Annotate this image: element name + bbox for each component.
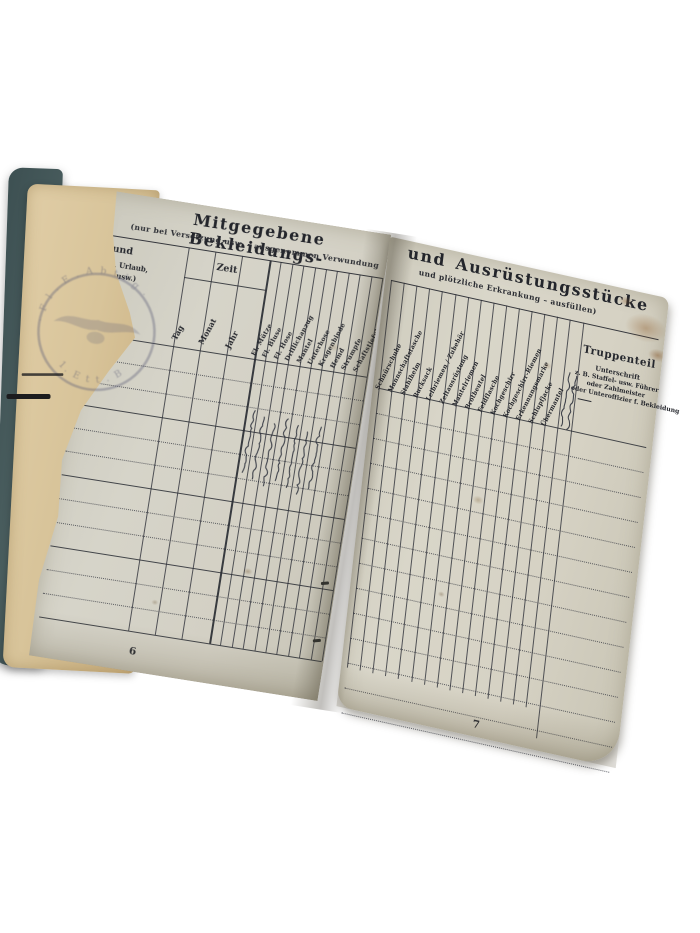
ink-mark [7,394,51,399]
photo-background: Mitgegebene Bekleidungs- (nur bei Verset… [0,0,700,933]
soldbuch-open-spread: Mitgegebene Bekleidungs- (nur bei Verset… [0,150,700,931]
handwritten-column-heading [336,237,669,768]
page-number-7: 7 [472,718,481,732]
page-7-right: und Ausrüstungsstücke und plötzliche Erk… [336,237,669,768]
